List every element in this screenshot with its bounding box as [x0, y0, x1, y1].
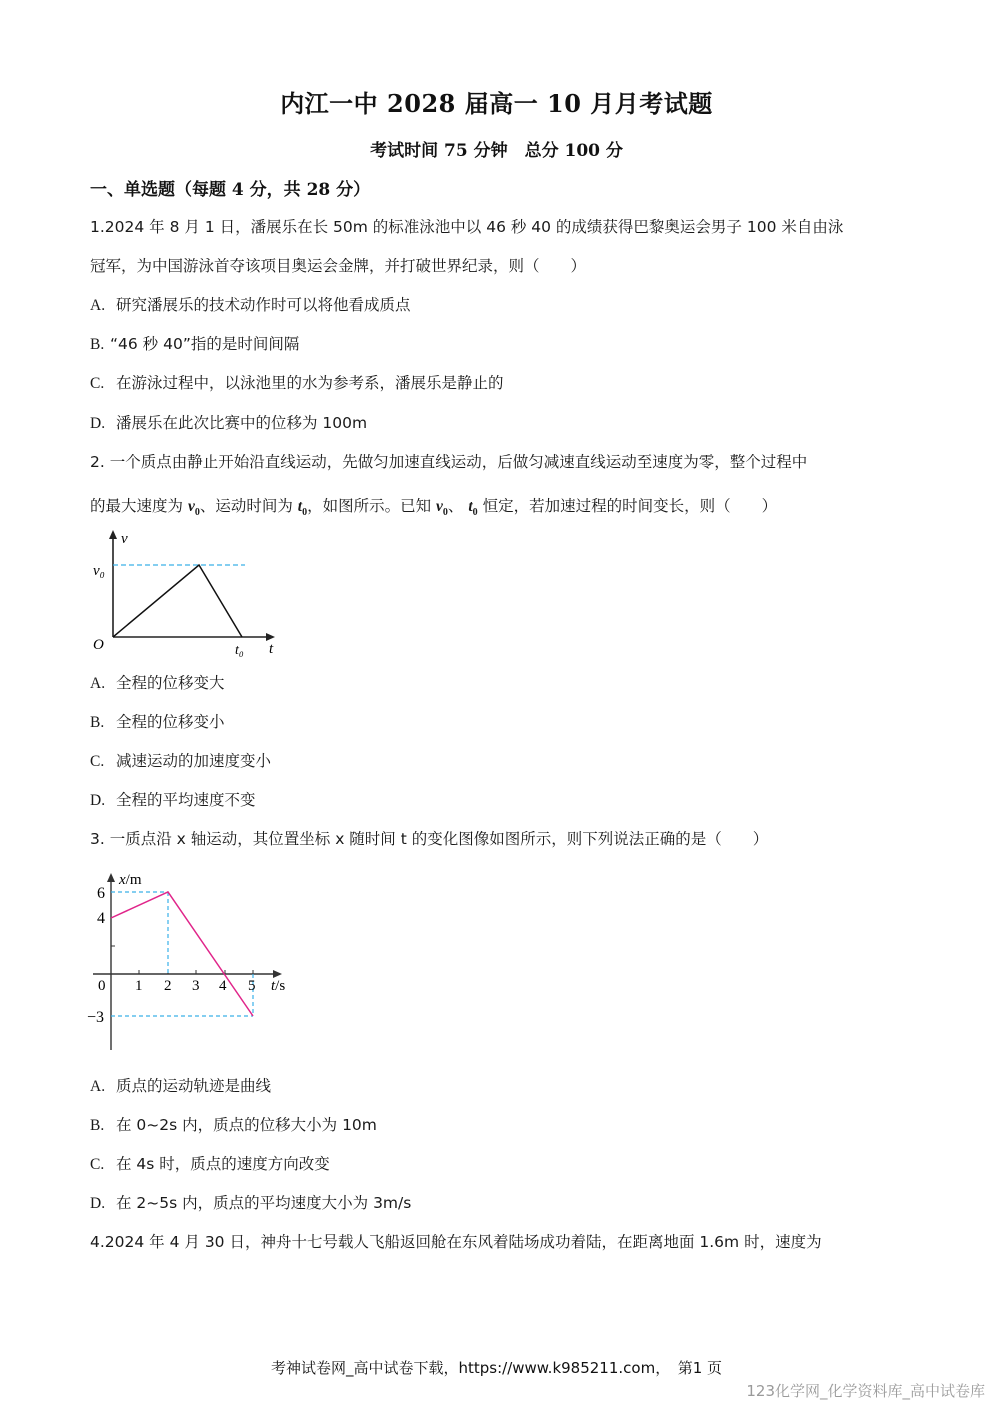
x-tick-3: 3 — [192, 978, 200, 994]
y-tick-4: 4 — [97, 910, 105, 927]
watermark: 123化学网_化学资料库_高中试卷库 — [746, 1380, 985, 1401]
origin-label: O — [93, 637, 104, 653]
x-axis-label: x/m — [118, 872, 142, 888]
q3-option-c: C.在 4s 时，质点的速度方向改变 — [90, 1152, 330, 1174]
page-footer: 考神试卷网_高中试卷下载，https://www.k985211.com， 第1… — [0, 1357, 993, 1378]
vt-curve — [113, 565, 242, 637]
q2-stem-line1: 2. 一个质点由静止开始沿直线运动，先做匀加速直线运动，后做匀减速直线运动至速度… — [90, 450, 807, 472]
q4-stem: 4.2024 年 4 月 30 日，神舟十七号载人飞船返回舱在东风着陆场成功着陆… — [90, 1230, 822, 1252]
x-tick-5: 5 — [248, 978, 256, 994]
t-axis-arrow-icon — [266, 633, 275, 641]
t-axis-label: t/s — [271, 978, 285, 994]
q3-option-b: B.在 0~2s 内，质点的位移大小为 10m — [90, 1113, 377, 1135]
q3-option-a: A.质点的运动轨迹是曲线 — [90, 1074, 271, 1096]
t0-label: t₀ — [235, 643, 244, 658]
q3-stem: 3. 一质点沿 x 轴运动，其位置坐标 x 随时间 t 的变化图像如图所示，则下… — [90, 827, 768, 849]
q1-option-a: A.研究潘展乐的技术动作时可以将他看成质点 — [90, 293, 411, 315]
q2-option-b: B.全程的位移变小 — [90, 710, 225, 732]
x-tick-4: 4 — [219, 978, 227, 994]
xt-graph-figure: x/m 6 4 −3 0 1 2 3 4 5 t/s — [85, 860, 300, 1055]
y-tick-minus3: −3 — [87, 1009, 104, 1026]
t-axis-label: t — [269, 641, 274, 657]
q1-stem-line2: 冠军，为中国游泳首夺该项目奥运会金牌，并打破世界纪录，则（ ） — [90, 254, 586, 276]
q3-number: 3. — [90, 830, 105, 848]
v0-symbol: v0 — [436, 498, 448, 515]
q1-option-c: C.在游泳过程中，以泳池里的水为参考系，潘展乐是静止的 — [90, 371, 504, 393]
xt-curve — [111, 892, 253, 1016]
q2-option-a: A.全程的位移变大 — [90, 671, 225, 693]
t-axis-arrow-icon — [273, 970, 282, 978]
q1-stem-line1: 1.2024 年 8 月 1 日，潘展乐在长 50m 的标准泳池中以 46 秒 … — [90, 215, 843, 237]
x-axis-arrow-icon — [107, 873, 115, 882]
q2-option-d: D.全程的平均速度不变 — [90, 788, 256, 810]
x-tick-1: 1 — [135, 978, 143, 994]
q2-stem-line2: 的最大速度为 v0、运动时间为 t0，如图所示。已知 v0、 t0 恒定，若加速… — [90, 494, 777, 518]
t0-symbol: t0 — [468, 498, 477, 515]
q2-number: 2. — [90, 453, 105, 471]
vt-graph-figure: v v₀ O t₀ t — [85, 525, 295, 660]
q1-option-b: B.“46 秒 40”指的是时间间隔 — [90, 332, 299, 354]
exam-title: 内江一中 2028 届高一 10 月月考试题 — [0, 84, 993, 119]
v-axis-label: v — [121, 531, 128, 547]
y-tick-6: 6 — [97, 885, 105, 902]
x-tick-0: 0 — [98, 978, 106, 994]
q2-option-c: C.减速运动的加速度变小 — [90, 749, 271, 771]
v0-symbol: v0 — [188, 498, 200, 515]
t0-symbol: t0 — [298, 498, 307, 515]
v0-label: v₀ — [93, 563, 105, 579]
v-axis-arrow-icon — [109, 530, 117, 539]
q1-option-d: D.潘展乐在此次比赛中的位移为 100m — [90, 411, 367, 433]
q4-number: 4. — [90, 1233, 105, 1251]
q1-number: 1. — [90, 218, 105, 236]
q3-option-d: D.在 2~5s 内，质点的平均速度大小为 3m/s — [90, 1191, 411, 1213]
x-tick-2: 2 — [164, 978, 172, 994]
exam-subtitle: 考试时间 75 分钟 总分 100 分 — [0, 136, 993, 161]
section-heading: 一、单选题（每题 4 分，共 28 分） — [90, 175, 370, 200]
